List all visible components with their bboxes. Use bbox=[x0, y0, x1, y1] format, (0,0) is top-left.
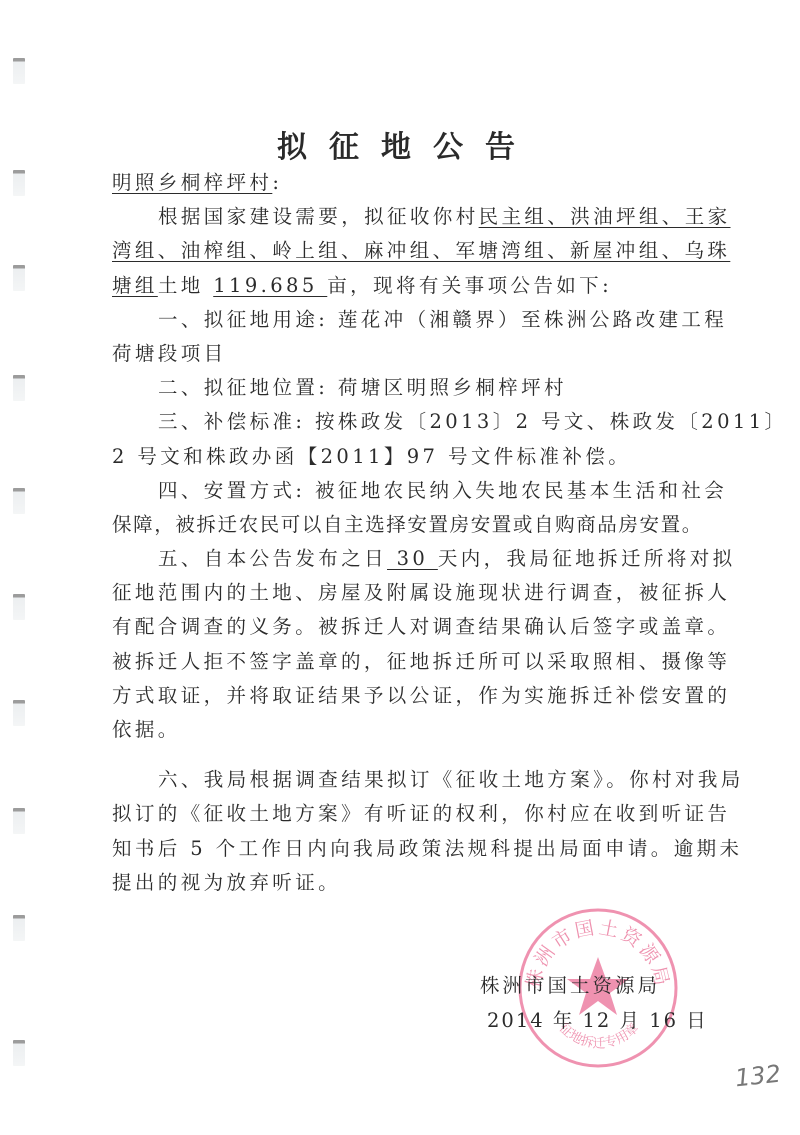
section-3-line-1: 三、补偿标准: 按株政发〔2013〕2 号文、株政发〔2011〕 bbox=[112, 405, 702, 439]
addressee: 明照乡桐梓坪村: bbox=[112, 166, 702, 200]
section-6-line-2: 拟订的《征收土地方案》有听证的权利，你村应在收到听证告 bbox=[112, 797, 702, 831]
binder-hole bbox=[13, 808, 25, 834]
document-body: 明照乡桐梓坪村: 根据国家建设需要，拟征收你村民主组、洪油坪组、王家 湾组、油榨… bbox=[112, 166, 702, 900]
section-6-line-1: 六、我局根据调查结果拟订《征收土地方案》。你村对我局 bbox=[112, 763, 702, 797]
binder-hole bbox=[13, 58, 25, 84]
binder-hole bbox=[13, 1040, 25, 1066]
binder-hole bbox=[13, 488, 25, 514]
section-5-line-5: 方式取证，并将取证结果予以公证，作为实施拆迁补偿安置的 bbox=[112, 679, 702, 713]
section-5-line-1: 五、自本公告发布之日 30 天内，我局征地拆迁所将对拟 bbox=[112, 542, 702, 576]
section-3-line-2: 2 号文和株政办函【2011】97 号文件标准补偿。 bbox=[112, 440, 702, 474]
binder-hole bbox=[13, 375, 25, 401]
section-6-line-3: 知书后 5 个工作日内向我局政策法规科提出局面申请。逾期未 bbox=[112, 832, 702, 866]
section-1-line-2: 荷塘段项目 bbox=[112, 337, 702, 371]
intro-line-2: 湾组、油榨组、岭上组、麻冲组、军塘湾组、新屋冲组、乌珠 bbox=[112, 234, 702, 268]
section-5-line-2: 征地范围内的土地、房屋及附属设施现状进行调查，被征拆人 bbox=[112, 576, 702, 610]
binder-hole bbox=[13, 594, 25, 620]
document-title: 拟征地公告 bbox=[0, 122, 800, 166]
section-5-line-4: 被拆迁人拒不签字盖章的，征地拆迁所可以采取照相、摄像等 bbox=[112, 645, 702, 679]
issue-date: 2014 年 12 月 16 日 bbox=[487, 1005, 708, 1033]
binder-hole bbox=[13, 915, 25, 941]
section-1-line-1: 一、拟征地用途: 莲花冲（湘赣界）至株洲公路改建工程 bbox=[112, 303, 702, 337]
section-4-line-1: 四、安置方式: 被征地农民纳入失地农民基本生活和社会 bbox=[112, 474, 702, 508]
issuer-name: 株洲市国土资源局 bbox=[480, 970, 660, 998]
binder-hole bbox=[13, 700, 25, 726]
handwritten-page-number: 132 bbox=[734, 1060, 782, 1093]
binder-hole bbox=[13, 170, 25, 196]
section-5-line-6: 依据。 bbox=[112, 713, 702, 747]
intro-line-3: 塘组土地 119.685 亩，现将有关事项公告如下: bbox=[112, 269, 702, 303]
land-area-value: 119.685 bbox=[213, 274, 327, 297]
intro-line-1: 根据国家建设需要，拟征收你村民主组、洪油坪组、王家 bbox=[112, 200, 702, 234]
section-2-line-1: 二、拟征地位置: 荷塘区明照乡桐梓坪村 bbox=[112, 371, 702, 405]
section-6-line-4: 提出的视为放弃听证。 bbox=[112, 866, 702, 900]
binder-hole bbox=[13, 265, 25, 291]
section-5-line-3: 有配合调查的义务。被拆迁人对调查结果确认后签字或盖章。 bbox=[112, 610, 702, 644]
days-value: 30 bbox=[387, 547, 438, 570]
spacer bbox=[112, 747, 702, 763]
addressee-village: 明照乡桐梓坪村 bbox=[112, 171, 272, 194]
section-4-line-2: 保障，被拆迁农民可以自主选择安置房安置或自购商品房安置。 bbox=[112, 508, 702, 542]
